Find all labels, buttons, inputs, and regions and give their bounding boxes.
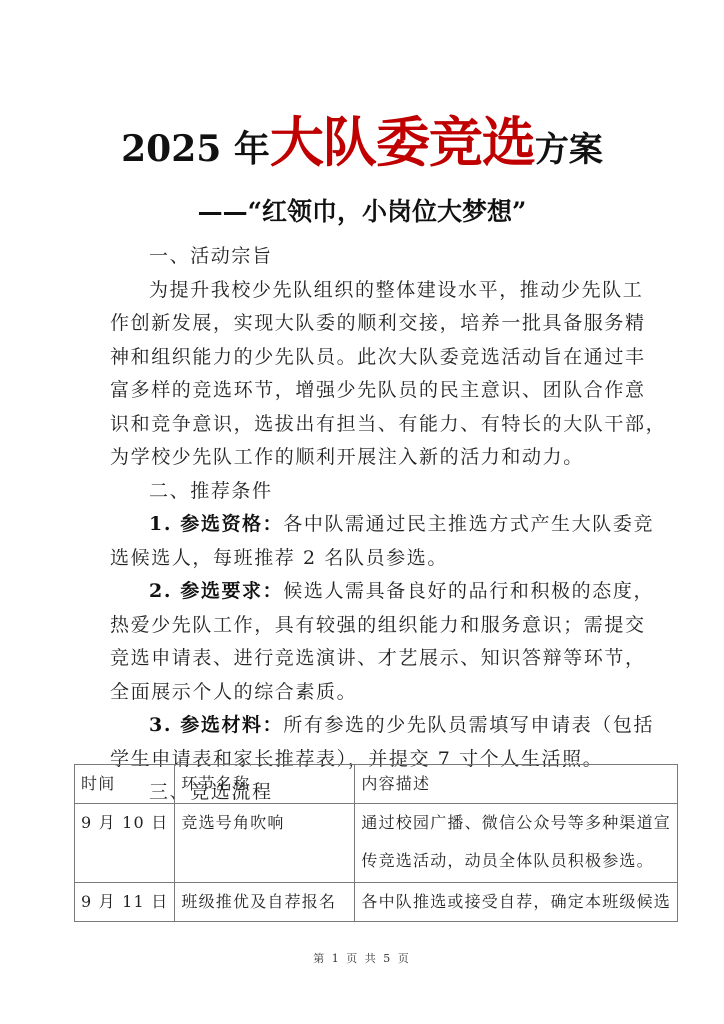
paragraph-line: 为提升我校少先队组织的整体建设水平，推动少先队工 bbox=[110, 274, 680, 308]
description-line: 各中队推选或接受自荐，确定本班级候选 bbox=[361, 883, 671, 921]
header-description: 内容描述 bbox=[355, 765, 678, 804]
document-subtitle: ——“红领巾，小岗位大梦想” bbox=[0, 192, 724, 228]
condition-text: 候选人需具备良好的品行和积极的态度， bbox=[283, 580, 654, 602]
cell-description: 各中队推选或接受自荐，确定本班级候选 bbox=[355, 883, 678, 922]
condition-text: 所有参选的少先队员需填写申请表（包括 bbox=[283, 714, 654, 736]
paragraph-line: 选候选人，每班推荐 2 名队员参选。 bbox=[110, 542, 680, 576]
condition-item-requirements: 2. 参选要求：候选人需具备良好的品行和积极的态度， bbox=[110, 575, 680, 609]
cell-date: 9 月 10 日 bbox=[75, 804, 175, 883]
condition-item-eligibility: 1. 参选资格：各中队需通过民主推选方式产生大队委竞 bbox=[110, 508, 680, 542]
document-page: 2025 年大队委竞选方案 ——“红领巾，小岗位大梦想” 一、活动宗旨 为提升我… bbox=[0, 0, 724, 1024]
section-heading-purpose: 一、活动宗旨 bbox=[110, 240, 680, 274]
condition-label: 2. 参选要求： bbox=[149, 580, 283, 602]
header-stage: 环节名称 bbox=[175, 765, 355, 804]
paragraph-line: 富多样的竞选环节，增强少先队员的民主意识、团队合作意 bbox=[110, 374, 680, 408]
paragraph-line: 为学校少先队工作的顺利开展注入新的活力和动力。 bbox=[110, 441, 680, 475]
paragraph-line: 热爱少先队工作，具有较强的组织能力和服务意识；需提交 bbox=[110, 609, 680, 643]
table-row: 9 月 10 日 竞选号角吹响 通过校园广播、微信公众号等多种渠道宣传竞选活动，… bbox=[75, 804, 678, 883]
header-time: 时间 bbox=[75, 765, 175, 804]
condition-label: 3. 参选材料： bbox=[149, 714, 283, 736]
paragraph-line: 识和竞争意识，选拔出有担当、有能力、有特长的大队干部， bbox=[110, 408, 680, 442]
condition-label: 1. 参选资格： bbox=[149, 513, 283, 535]
condition-text: 各中队需通过民主推选方式产生大队委竞 bbox=[283, 513, 654, 535]
title-suffix: 方案 bbox=[535, 130, 603, 170]
table-row: 9 月 11 日 班级推优及自荐报名 各中队推选或接受自荐，确定本班级候选 bbox=[75, 883, 678, 922]
cell-date: 9 月 11 日 bbox=[75, 883, 175, 922]
paragraph-line: 神和组织能力的少先队员。此次大队委竞选活动旨在通过丰 bbox=[110, 341, 680, 375]
condition-item-materials: 3. 参选材料：所有参选的少先队员需填写申请表（包括 bbox=[110, 709, 680, 743]
paragraph-line: 全面展示个人的综合素质。 bbox=[110, 676, 680, 710]
cell-stage: 班级推优及自荐报名 bbox=[175, 883, 355, 922]
table-header-row: 时间 环节名称 内容描述 bbox=[75, 765, 678, 804]
description-line: 传竞选活动，动员全体队员积极参选。 bbox=[361, 842, 671, 880]
document-body: 一、活动宗旨 为提升我校少先队组织的整体建设水平，推动少先队工 作创新发展，实现… bbox=[110, 240, 680, 810]
title-highlight: 大队委竞选 bbox=[270, 110, 535, 174]
section-heading-conditions: 二、推荐条件 bbox=[110, 475, 680, 509]
cell-stage: 竞选号角吹响 bbox=[175, 804, 355, 883]
document-title: 2025 年大队委竞选方案 bbox=[0, 100, 724, 177]
page-number-footer: 第 1 页 共 5 页 bbox=[0, 950, 724, 966]
description-line: 通过校园广播、微信公众号等多种渠道宣 bbox=[361, 804, 671, 842]
title-year: 2025 年 bbox=[121, 128, 270, 170]
process-table: 时间 环节名称 内容描述 9 月 10 日 竞选号角吹响 通过校园广播、微信公众… bbox=[74, 764, 678, 922]
paragraph-line: 竞选申请表、进行竞选演讲、才艺展示、知识答辩等环节， bbox=[110, 642, 680, 676]
paragraph-line: 作创新发展，实现大队委的顺利交接，培养一批具备服务精 bbox=[110, 307, 680, 341]
cell-description: 通过校园广播、微信公众号等多种渠道宣传竞选活动，动员全体队员积极参选。 bbox=[355, 804, 678, 883]
